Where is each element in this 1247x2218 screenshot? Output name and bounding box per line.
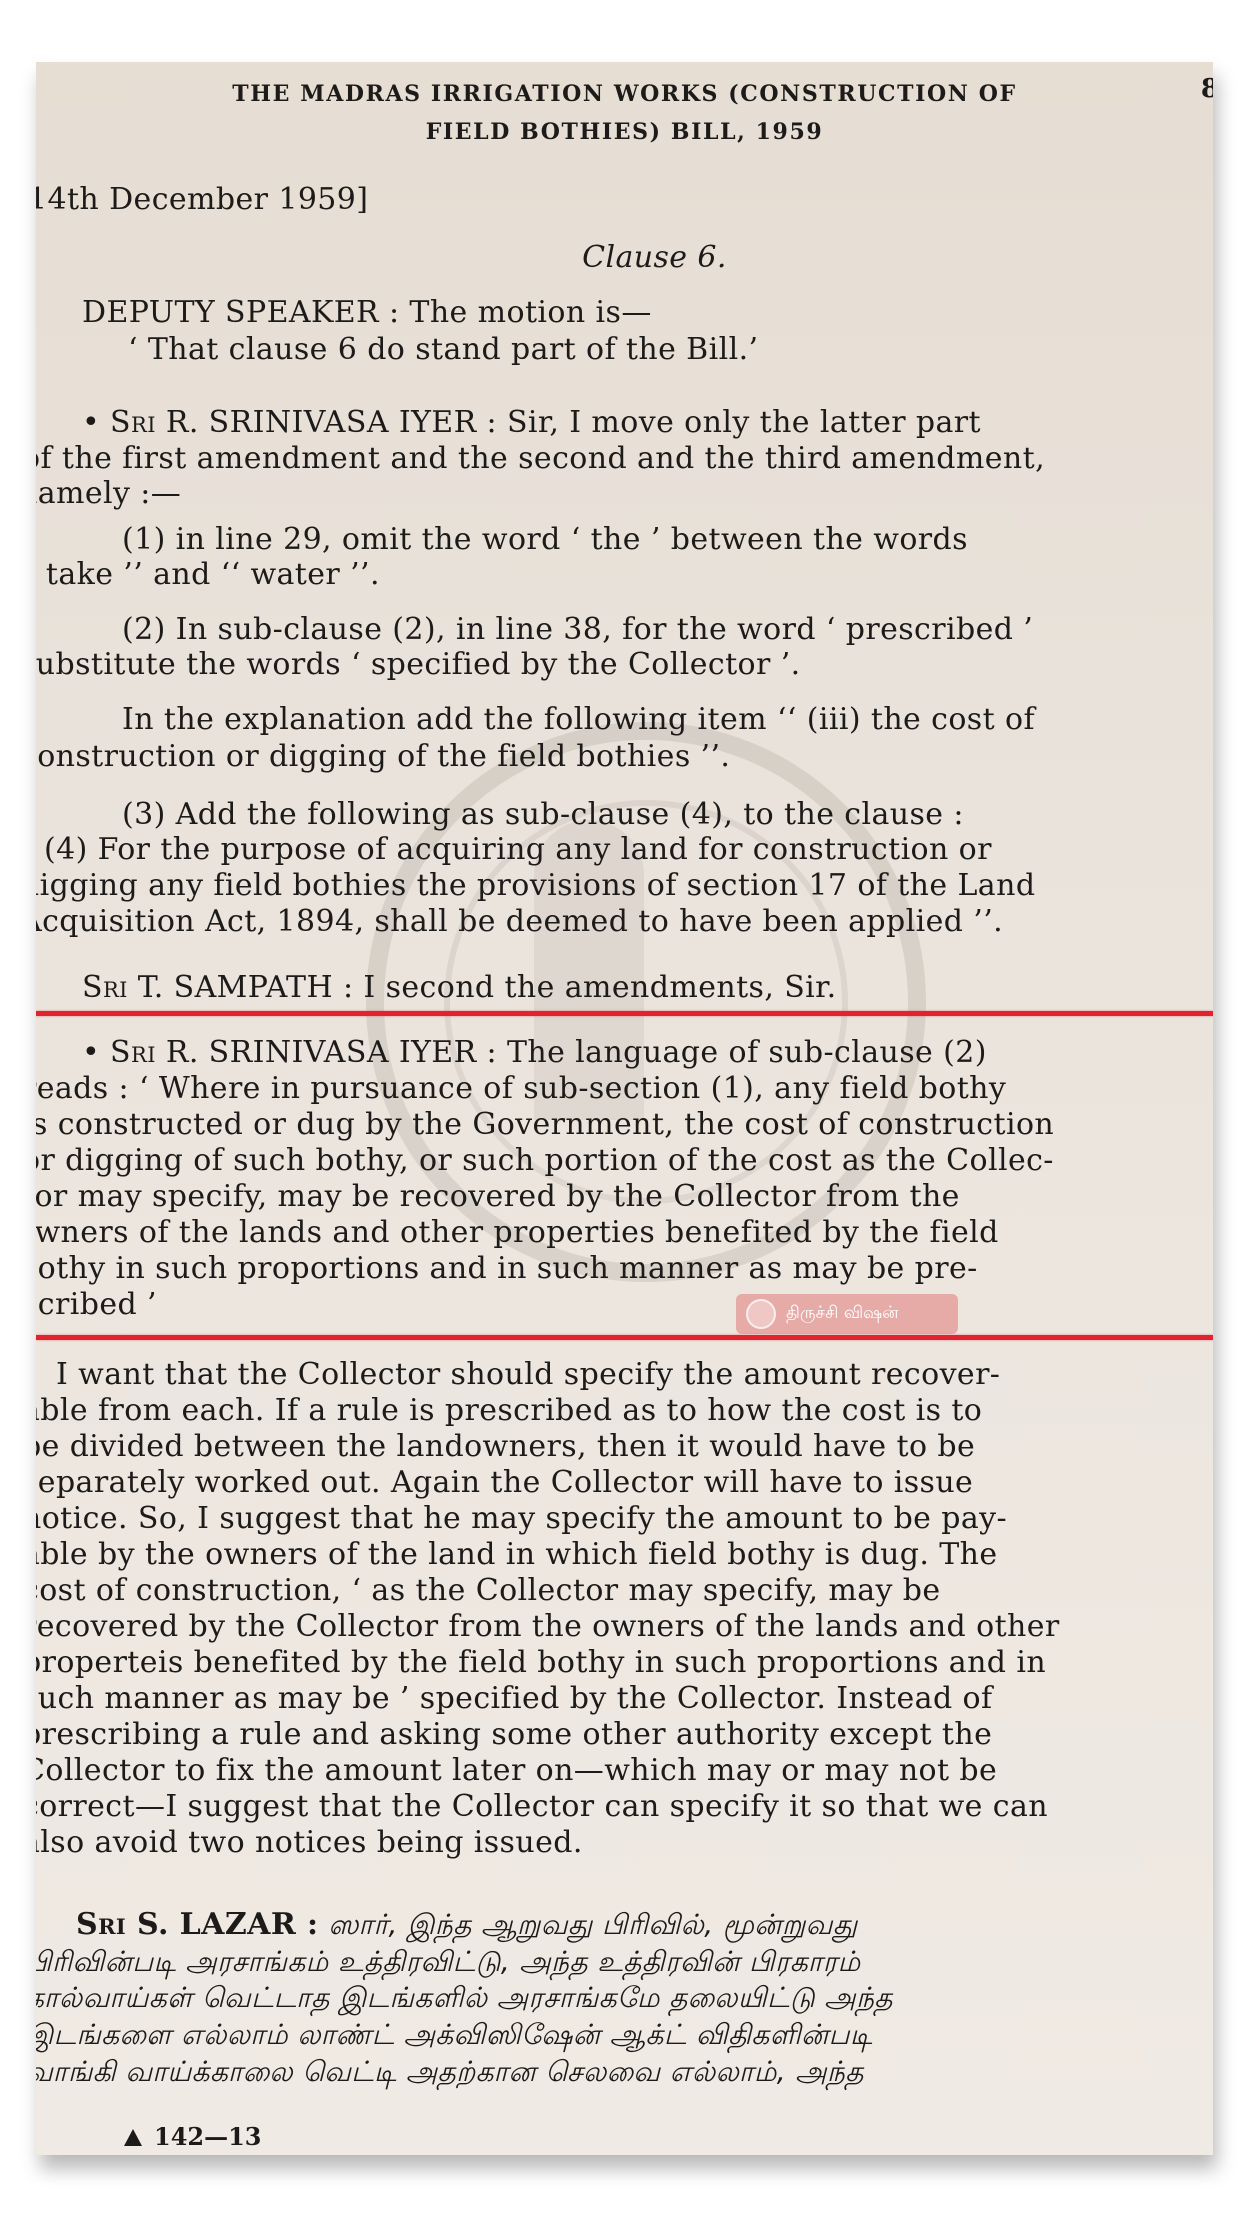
srinivasa-speech-3-line-12: Collector to fix the amount later on—whi… — [36, 1753, 1213, 1789]
page-number: 8 — [1201, 74, 1213, 104]
amendment-1-line-2: ‘ take ’’ and ‘‘ water ’’. — [36, 557, 1213, 593]
srinivasa-speech-3-line-10: such manner as may be ’ specified by the… — [36, 1681, 1213, 1717]
srinivasa-speech-1-line-3: namely :— — [36, 476, 1213, 512]
bill-title-line-2: FIELD BOTHIES) BILL, 1959 — [36, 114, 1213, 150]
amendment-3-line-1: (3) Add the following as sub-clause (4),… — [122, 797, 1213, 833]
lazar-speech-line-3: கால்வாய்கள் வெட்டாத இடங்களில் அரசாங்கமே … — [36, 1980, 1213, 2016]
srinivasa-speech-2-line-2: reads : ‘ Where in pursuance of sub-sect… — [36, 1071, 1213, 1107]
srinivasa-speech-2-line-5: tor may specify, may be recovered by the… — [36, 1179, 1213, 1215]
speech-text: : I second the amendments, Sir. — [343, 970, 837, 1005]
motion-quote: ‘ That clause 6 do stand part of the Bil… — [128, 332, 1213, 368]
srinivasa-speech-2-line-6: owners of the lands and other properties… — [36, 1215, 1213, 1251]
amendment-2-line-2: substitute the words ‘ specified by the … — [36, 647, 1213, 683]
speech-text: : The motion is— — [389, 295, 652, 330]
amendment-2-line-1: (2) In sub-clause (2), in line 38, for t… — [122, 612, 1213, 648]
channel-watermark-badge: திருச்சி விஷன் — [736, 1294, 958, 1334]
amendment-3-line-4: Acquisition Act, 1894, shall be deemed t… — [36, 904, 1213, 940]
srinivasa-speech-2-line-8: scribed ’ — [36, 1287, 1213, 1323]
speech-text: : The language of sub-clause (2) — [487, 1035, 987, 1070]
amendment-3-line-2: (4) For the purpose of acquiring any lan… — [44, 832, 1213, 868]
highlight-rule-bottom — [36, 1335, 1213, 1340]
srinivasa-speech-3-line-9: properteis benefited by the field bothy … — [36, 1645, 1213, 1681]
deputy-speaker-paragraph: DEPUTY SPEAKER : The motion is— — [82, 295, 1213, 331]
srinivasa-speech-3-line-4: separately worked out. Again the Collect… — [36, 1465, 1213, 1501]
speech-text: ஸார், இந்த ஆறுவது பிரிவில், மூன்றுவது — [328, 1908, 857, 1941]
srinivasa-speech-2-line-1: • Sri R. SRINIVASA IYER : The language o… — [82, 1035, 1213, 1071]
srinivasa-speech-3-line-1: I want that the Collector should specify… — [56, 1357, 1213, 1393]
session-date: 14th December 1959] — [36, 182, 1213, 218]
sampath-paragraph: Sri T. SAMPATH : I second the amendments… — [82, 970, 1213, 1006]
speaker-name: DEPUTY SPEAKER — [82, 295, 379, 330]
print-code: 142—13 — [154, 2122, 262, 2151]
lazar-speech-line-5: வாங்கி வாய்க்காலை வெட்டி அதற்கான செலவை எ… — [36, 2054, 1213, 2090]
highlight-rule-top — [36, 1011, 1213, 1016]
bill-title-line-1: THE MADRAS IRRIGATION WORKS (CONSTRUCTIO… — [36, 76, 1213, 112]
clause-heading: Clause 6. — [96, 240, 1213, 276]
srinivasa-speech-3-line-3: be divided between the landowners, then … — [36, 1429, 1213, 1465]
lazar-speech-line-4: இடங்களை எல்லாம் லாண்ட் அக்விஸிஷேன் ஆக்ட்… — [36, 2017, 1213, 2053]
amendment-1-line-1: (1) in line 29, omit the word ‘ the ’ be… — [122, 522, 1213, 558]
channel-logo-icon — [746, 1299, 776, 1329]
channel-name: திருச்சி விஷன் — [786, 1303, 899, 1325]
srinivasa-speech-3-line-11: prescribing a rule and asking some other… — [36, 1717, 1213, 1753]
srinivasa-speech-2-line-3: is constructed or dug by the Government,… — [36, 1107, 1213, 1143]
srinivasa-speech-1-line-2: of the first amendment and the second an… — [36, 441, 1213, 477]
speaker-name: • Sri R. SRINIVASA IYER — [82, 1035, 477, 1070]
explanation-line-1: In the explanation add the following ite… — [122, 702, 1213, 738]
srinivasa-speech-3-line-14: also avoid two notices being issued. — [36, 1825, 1213, 1861]
srinivasa-speech-3-line-13: correct—I suggest that the Collector can… — [36, 1789, 1213, 1825]
srinivasa-speech-3-line-7: cost of construction, ‘ as the Collector… — [36, 1573, 1213, 1609]
lazar-speech-line-1: Sri S. LAZAR : ஸார், இந்த ஆறுவது பிரிவில… — [76, 1907, 1213, 1943]
speaker-name: Sri T. SAMPATH — [82, 970, 333, 1005]
srinivasa-speech-3-line-2: able from each. If a rule is prescribed … — [36, 1393, 1213, 1429]
srinivasa-speech-3-line-8: recovered by the Collector from the owne… — [36, 1609, 1213, 1645]
triangle-icon — [124, 2129, 142, 2146]
print-code-footer: 142—13 — [124, 2122, 262, 2151]
scanned-document-page: THE MADRAS IRRIGATION WORKS (CONSTRUCTIO… — [36, 62, 1213, 2155]
speaker-name: Sri S. LAZAR : — [76, 1907, 318, 1942]
srinivasa-speech-1-line-1: • Sri R. SRINIVASA IYER : Sir, I move on… — [82, 405, 1213, 441]
amendment-3-line-3: digging any field bothies the provisions… — [36, 868, 1213, 904]
speaker-name: • Sri R. SRINIVASA IYER — [82, 405, 477, 440]
srinivasa-speech-3-line-5: notice. So, I suggest that he may specif… — [36, 1501, 1213, 1537]
explanation-line-2: construction or digging of the field bot… — [36, 739, 1213, 775]
srinivasa-speech-2-line-4: or digging of such bothy, or such portio… — [36, 1143, 1213, 1179]
lazar-speech-line-2: பிரிவின்படி அரசாங்கம் உத்திரவிட்டு, அந்த… — [36, 1944, 1213, 1980]
srinivasa-speech-3-line-6: able by the owners of the land in which … — [36, 1537, 1213, 1573]
srinivasa-speech-2-line-7: bothy in such proportions and in such ma… — [36, 1251, 1213, 1287]
speech-text: : Sir, I move only the latter part — [487, 405, 981, 440]
